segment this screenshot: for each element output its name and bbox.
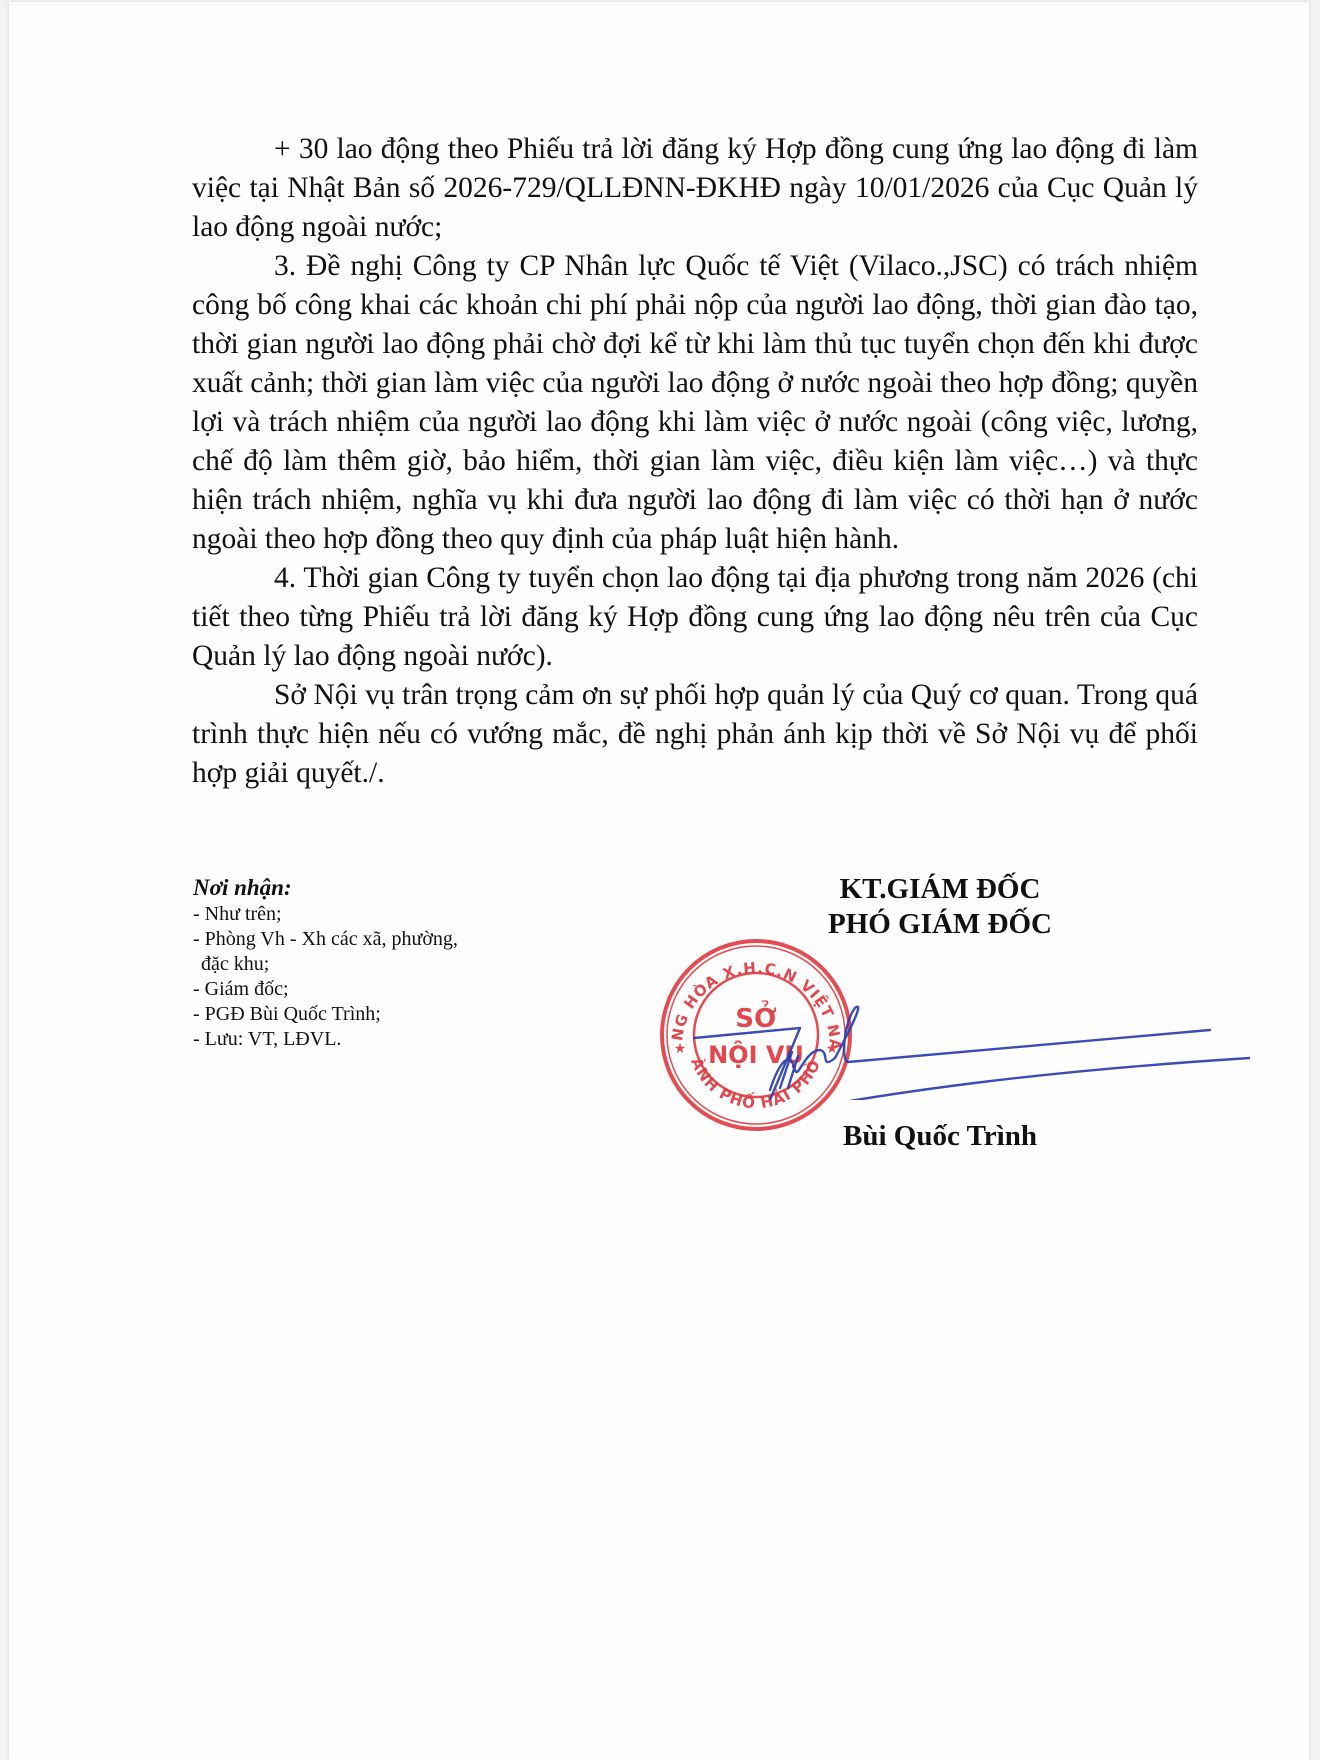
document-body: + 30 lao động theo Phiếu trả lời đăng ký… bbox=[192, 130, 1198, 793]
recipient-item: đặc khu; bbox=[193, 952, 573, 977]
recipient-item: - Phòng Vh - Xh các xã, phường, bbox=[193, 927, 573, 952]
paragraph-closing: Sở Nội vụ trân trọng cảm ơn sự phối hợp … bbox=[192, 676, 1198, 793]
recipient-item: - Lưu: VT, LĐVL. bbox=[193, 1027, 573, 1052]
paragraph-item-3: 3. Đề nghị Công ty CP Nhân lực Quốc tế V… bbox=[192, 247, 1198, 559]
recipients-title: Nơi nhận: bbox=[193, 874, 573, 902]
recipients-block: Nơi nhận: - Như trên; - Phòng Vh - Xh cá… bbox=[193, 874, 573, 1052]
handwritten-signature-icon bbox=[680, 990, 1250, 1100]
paragraph-item-4: 4. Thời gian Công ty tuyển chọn lao động… bbox=[192, 559, 1198, 676]
recipient-item: - Như trên; bbox=[193, 902, 573, 927]
recipient-item: - PGĐ Bùi Quốc Trình; bbox=[193, 1002, 573, 1027]
paragraph-labor-30: + 30 lao động theo Phiếu trả lời đăng ký… bbox=[192, 130, 1198, 247]
recipient-item: - Giám đốc; bbox=[193, 977, 573, 1002]
signature-line-1: KT.GIÁM ĐỐC bbox=[760, 872, 1120, 907]
signature-title-block: KT.GIÁM ĐỐC PHÓ GIÁM ĐỐC bbox=[760, 872, 1120, 942]
signer-name: Bùi Quốc Trình bbox=[780, 1120, 1100, 1153]
